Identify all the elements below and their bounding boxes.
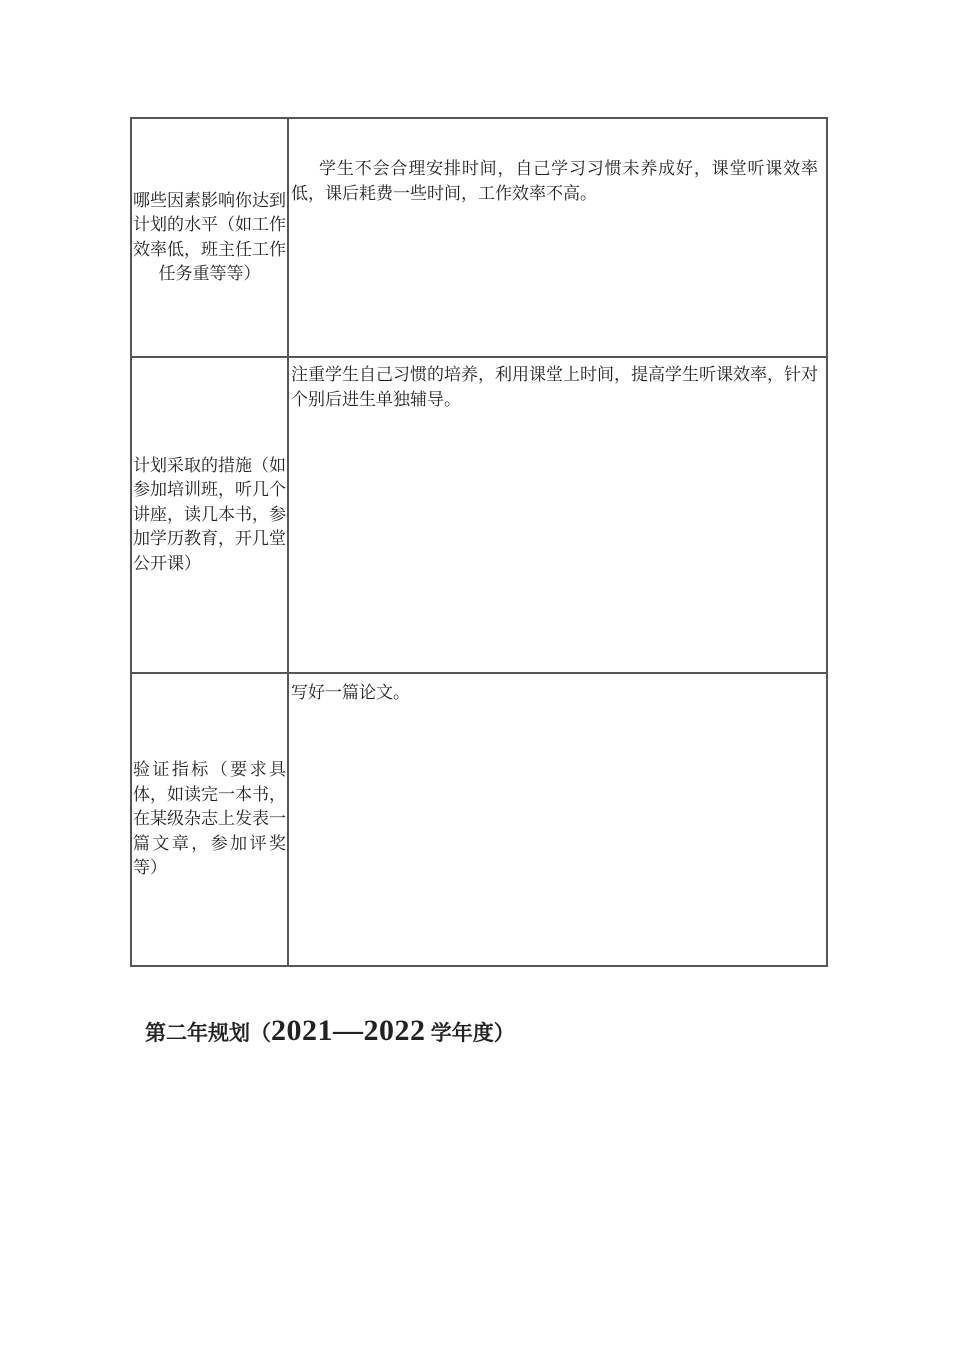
section-heading-year-range: 2021—2022 (271, 1014, 426, 1047)
section-heading-second-year-plan: 第二年规划（2021—2022 学年度） (145, 1010, 515, 1054)
section-heading-prefix: 第二年规划（ (145, 1021, 271, 1045)
row-label-planned-measures: 计划采取的措施（如参加培训班，听几个讲座，读几本书，参加学历教育，开几堂公开课） (132, 358, 289, 674)
row-label-planned-measures-text: 计划采取的措施（如参加培训班，听几个讲座，读几本书，参加学历教育，开几堂公开课） (133, 454, 286, 577)
row-label-verification-indicators: 验证指标（要求具体，如读完一本书，在某级杂志上发表一篇文章，参加评奖等） (132, 674, 289, 965)
cell-verification-indicators-content: 写好一篇论文。 (289, 674, 826, 965)
cell-influencing-factors-content: 学生不会合理安排时间，自己学习习惯未养成好，课堂听课效率低，课后耗费一些时间，工… (289, 119, 826, 358)
cell-planned-measures-content: 注重学生自己习惯的培养，利用课堂上时间，提高学生听课效率，针对个别后进生单独辅导… (289, 358, 826, 674)
row-label-influencing-factors-text: 哪些因素影响你达到计划的水平（如工作效率低，班主任工作任务重等等） (133, 189, 286, 287)
row-label-verification-indicators-text: 验证指标（要求具体，如读完一本书，在某级杂志上发表一篇文章，参加评奖等） (133, 758, 286, 881)
development-plan-table: 哪些因素影响你达到计划的水平（如工作效率低，班主任工作任务重等等） 学生不会合理… (130, 117, 828, 967)
section-heading-suffix: 学年度） (426, 1021, 515, 1045)
row-label-influencing-factors: 哪些因素影响你达到计划的水平（如工作效率低，班主任工作任务重等等） (132, 119, 289, 358)
